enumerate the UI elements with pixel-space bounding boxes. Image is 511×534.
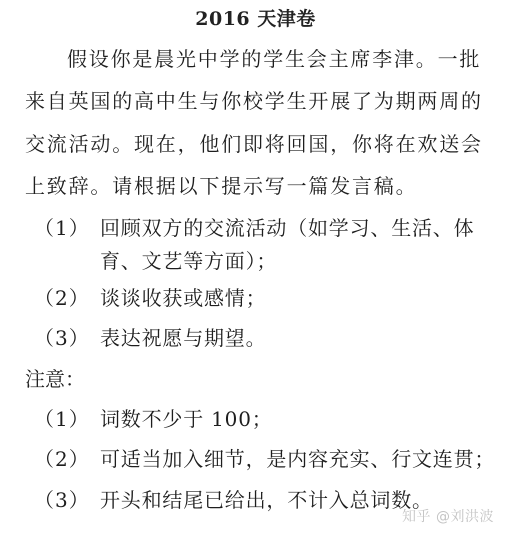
note-item-2: （2）可适当加入细节，是内容充实、行文连贯； bbox=[34, 443, 495, 472]
paragraph-line: 假设你是晨光中学的学生会主席李津。一批 bbox=[67, 43, 481, 72]
paragraph-line: 上致辞。请根据以下提示写一篇发言稿。 bbox=[25, 170, 417, 199]
prompt-text: 谈谈收获或感情； bbox=[100, 286, 266, 310]
notes-label: 注意： bbox=[25, 363, 85, 392]
paragraph-line: 来自英国的高中生与你校学生开展了为期两周的 bbox=[25, 85, 483, 114]
prompt-number: （1） bbox=[34, 212, 100, 241]
paragraph-line: 交流活动。现在，他们即将回国，你将在欢送会 bbox=[25, 128, 483, 157]
note-number: （3） bbox=[34, 484, 100, 513]
prompt-item-2: （2）谈谈收获或感情； bbox=[34, 282, 266, 311]
document-title: 2016 天津卷 bbox=[0, 4, 511, 31]
prompt-text: 回顾双方的交流活动（如学习、生活、体 bbox=[100, 216, 474, 240]
note-item-1: （1）词数不少于 100； bbox=[34, 403, 273, 432]
note-text: 可适当加入细节，是内容充实、行文连贯； bbox=[100, 447, 495, 471]
note-number: （2） bbox=[34, 443, 100, 472]
prompt-item-3: （3）表达祝愿与期望。 bbox=[34, 322, 266, 351]
note-number: （1） bbox=[34, 403, 100, 432]
prompt-number: （3） bbox=[34, 322, 100, 351]
prompt-text: 表达祝愿与期望。 bbox=[100, 326, 266, 350]
note-text: 词数不少于 100； bbox=[100, 407, 273, 431]
prompt-number: （2） bbox=[34, 282, 100, 311]
note-text: 开头和结尾已给出，不计入总词数。 bbox=[100, 488, 433, 512]
prompt-item-1: （1）回顾双方的交流活动（如学习、生活、体 bbox=[34, 212, 474, 241]
prompt-item-1-continuation: 育、文艺等方面）； bbox=[100, 245, 277, 274]
watermark: 知乎 @刘洪波 bbox=[402, 506, 494, 526]
note-item-3: （3）开头和结尾已给出，不计入总词数。 bbox=[34, 484, 433, 513]
